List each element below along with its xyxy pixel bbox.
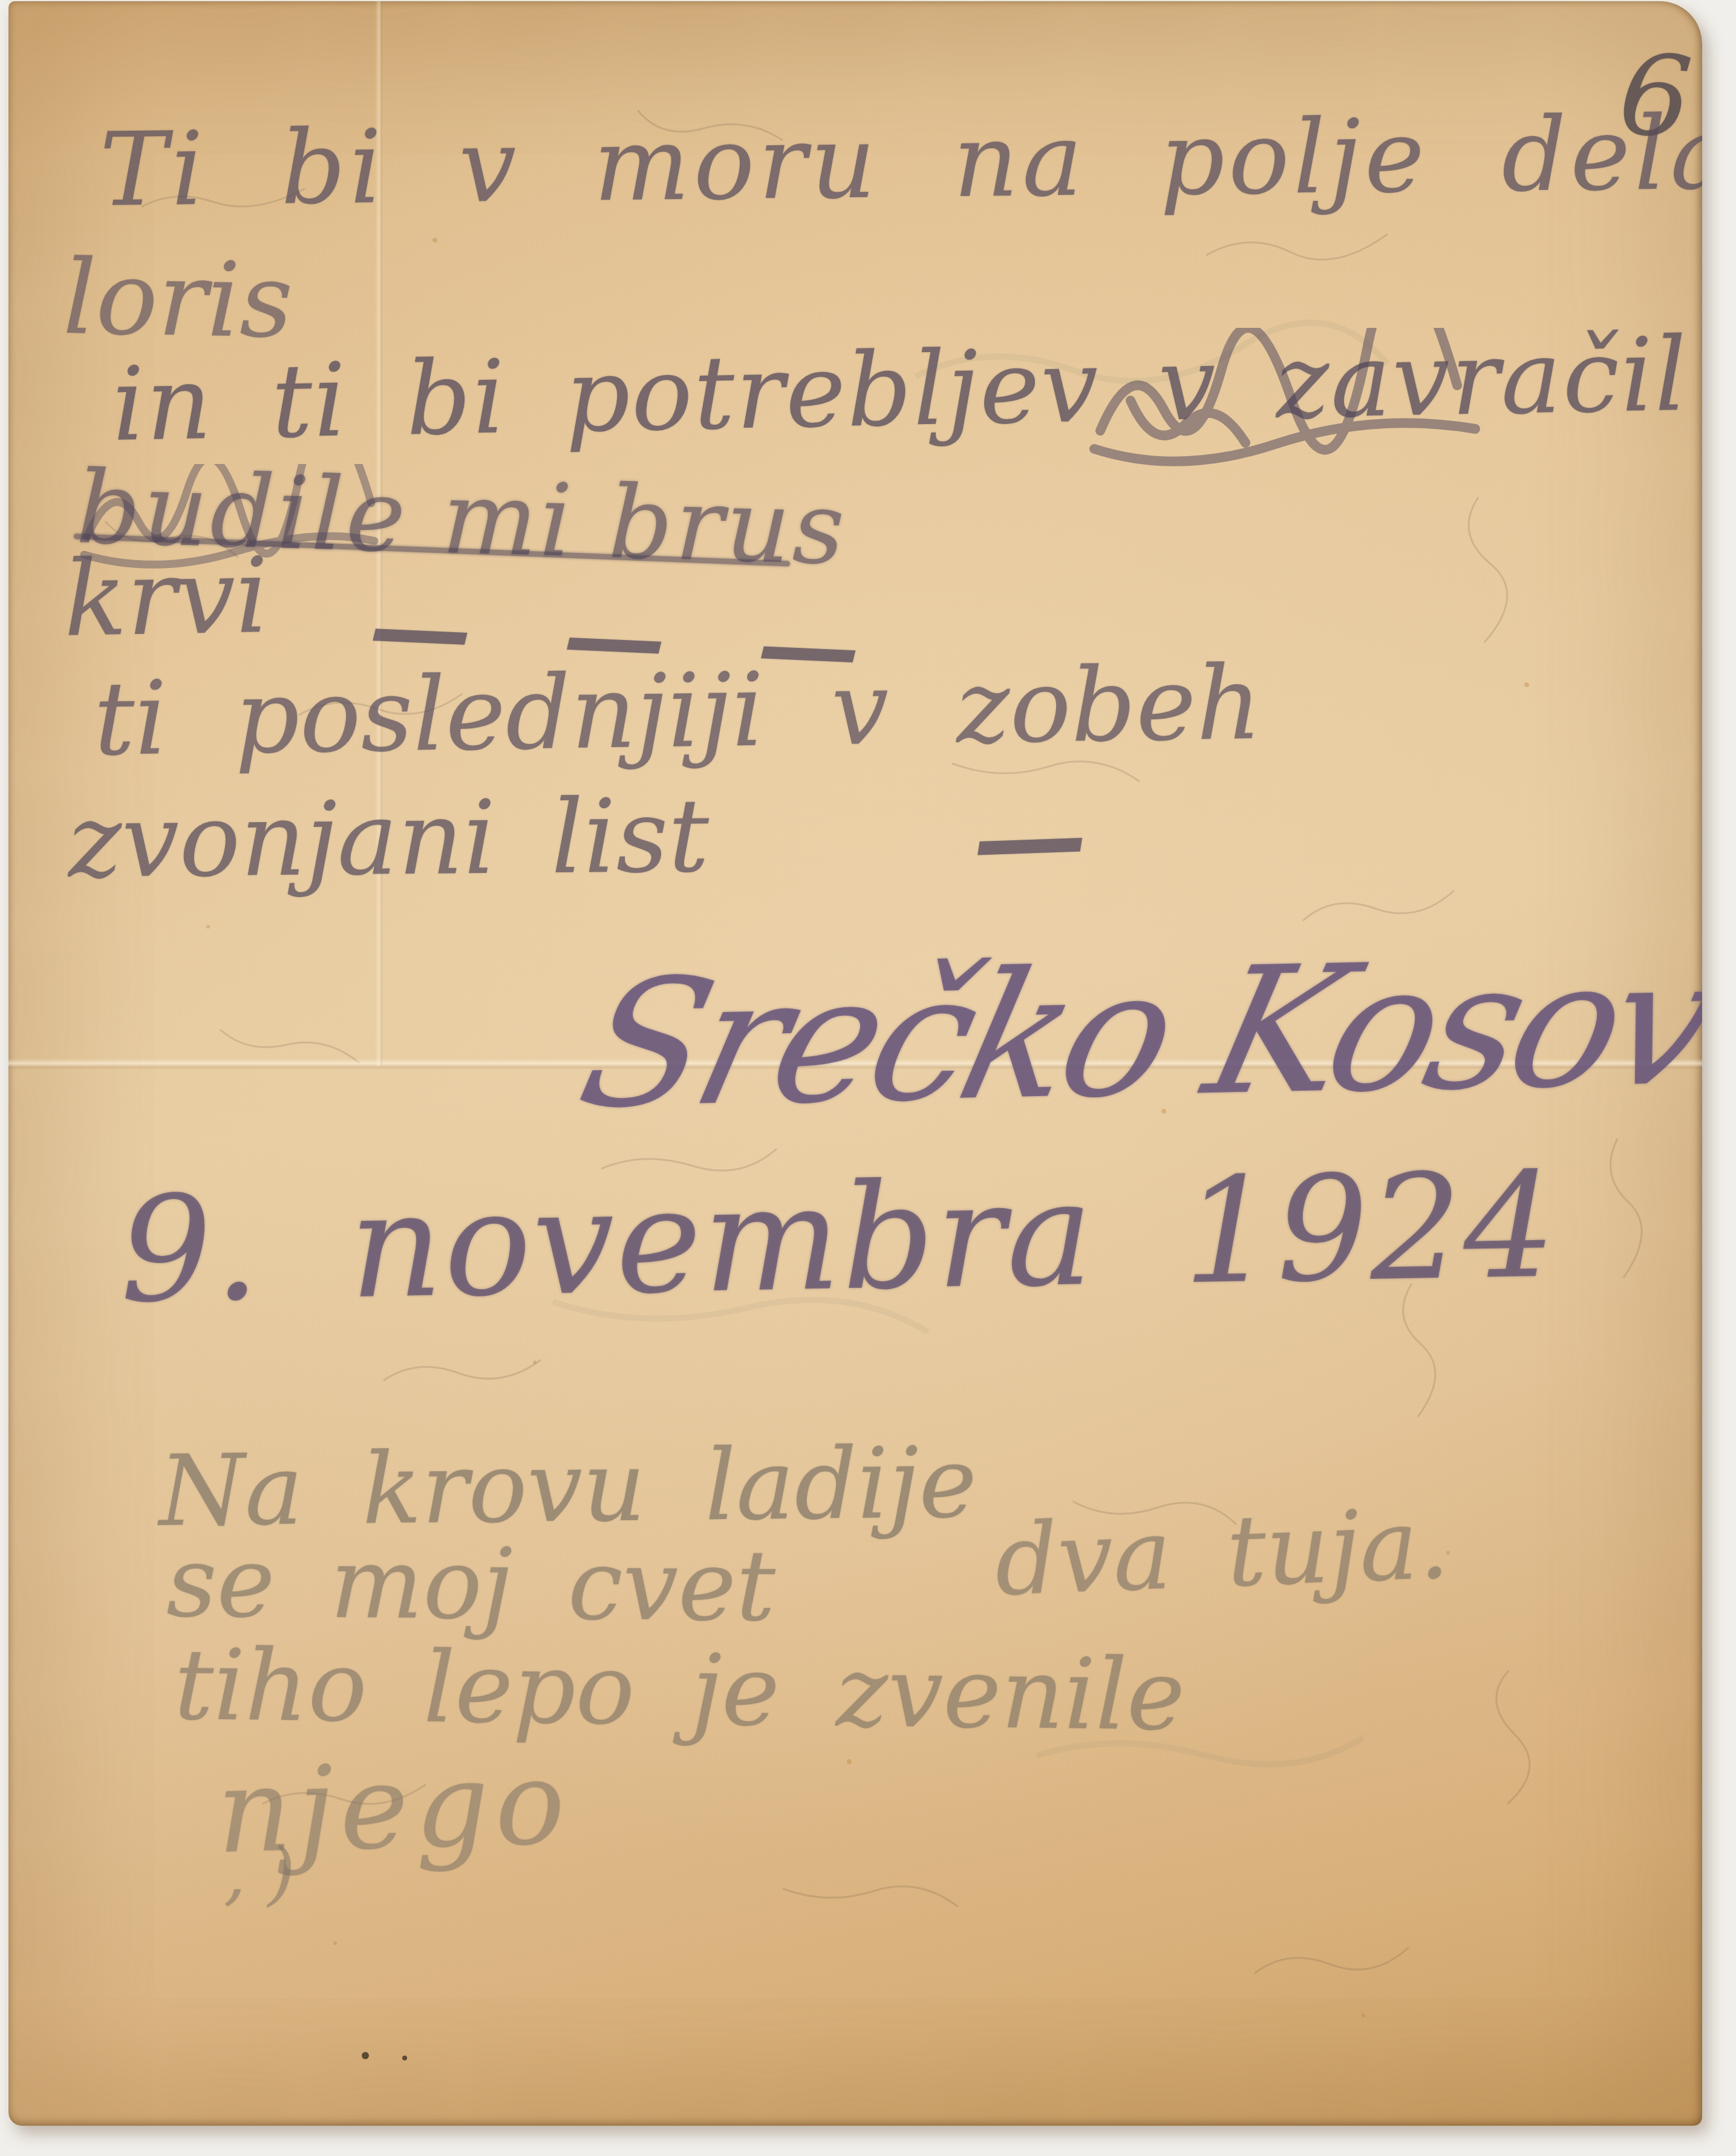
handwritten-line-2: loris <box>62 246 294 353</box>
faded-line-2-left: se moj cvet <box>166 1534 776 1636</box>
manuscript-paper: 6 Ti bi v moru na polje delal loris in t… <box>8 1 1702 2126</box>
date-line: 9. novembra 1924 <box>119 1153 1558 1323</box>
faded-line-3: tiho lepo je zvenile <box>174 1636 1185 1745</box>
handwritten-line-5: krvi <box>63 544 270 652</box>
annotation-mark: , ) <box>224 1839 295 1909</box>
scanner-background: { "document": { "page_number": "6", "pen… <box>0 0 1736 2156</box>
handwritten-line-6: ti poslednjiji v zobeh <box>93 652 1262 770</box>
trailing-dash: — <box>970 777 1089 897</box>
faded-line-1: Na krovu ladije <box>158 1434 977 1541</box>
handwritten-line-1: Ti bi v moru na polje delal <box>99 102 1702 221</box>
faded-line-2-right: dva tuja. <box>993 1495 1451 1610</box>
handwritten-line-7: zvonjani list <box>68 785 710 892</box>
signature: Srečko Kosovel <box>567 932 1702 1134</box>
overwritten-word-scribble <box>1082 328 1493 497</box>
